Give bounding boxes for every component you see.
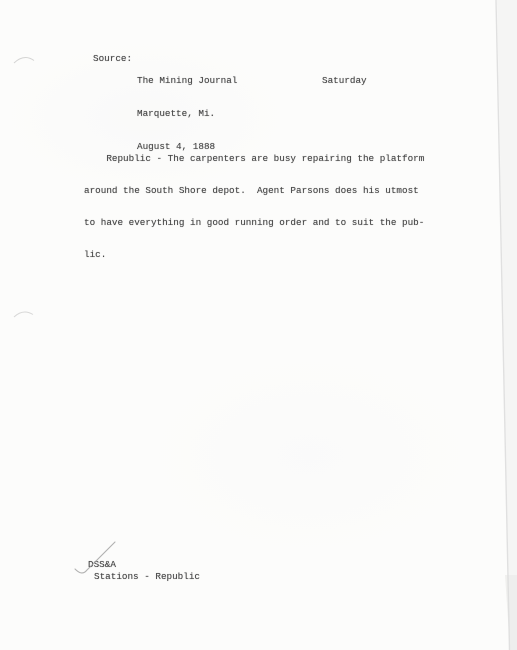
weekday-label: Saturday (322, 75, 367, 86)
scanned-page: { "page": { "kind": "scanned typewritten… (0, 0, 517, 650)
source-publication: The Mining Journal (137, 75, 237, 86)
pencil-arc-mark-top (14, 58, 34, 63)
railroad-abbreviation: DSS&A (88, 559, 116, 570)
scan-artifacts-overlay (0, 0, 517, 650)
paper-edge-line (496, 0, 510, 650)
paper-edge-corner-shade (505, 575, 517, 650)
paper-edge-strip (497, 0, 517, 650)
article-paragraph: Republic - The carpenters are busy repai… (84, 132, 424, 272)
source-location: Marquette, Mi. (137, 108, 237, 119)
pencil-arc-mark-middle (14, 312, 33, 317)
article-line: lic. (84, 250, 424, 261)
article-line: to have everything in good running order… (84, 218, 424, 229)
article-line: Republic - The carpenters are busy repai… (84, 154, 424, 165)
stations-index-line: Stations - Republic (94, 571, 200, 582)
article-line: around the South Shore depot. Agent Pars… (84, 186, 424, 197)
source-label: Source: (93, 53, 132, 64)
